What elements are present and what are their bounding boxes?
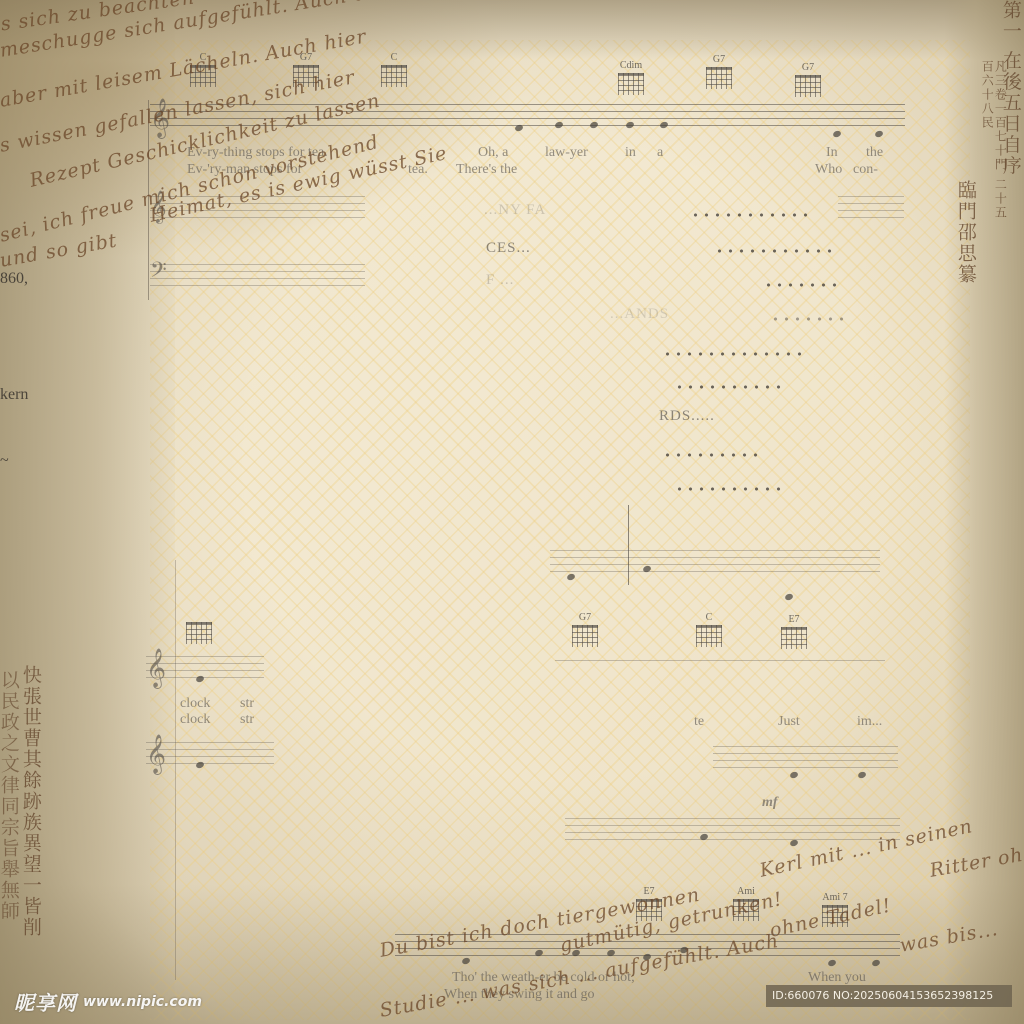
index-entry: ...NY FA [484,202,546,219]
index-entry: F ... [486,272,514,289]
lyric-text: str [240,696,254,712]
chinese-vertical-text: 快張世曹其餘跡族異望一皆削 [20,665,41,938]
lyric-text: clock [180,696,210,712]
music-staff [150,264,365,292]
edge-print-text: kern [0,386,28,404]
page-margin-line [175,560,176,980]
lyric-text: a [657,145,663,161]
index-entry: RDS..... [659,408,715,425]
lyric-text: When you [808,970,866,986]
bass-clef-icon: 𝄢 [150,258,167,289]
lyric-text: in [625,145,636,161]
dot-leader [662,352,802,356]
edge-print-text: ~ [0,452,9,470]
chord-diagram [186,620,212,644]
site-name: 昵享网 [14,987,77,1016]
lyric-text: Just [778,714,800,730]
music-staff [838,196,904,224]
lyric-text: str [240,712,254,728]
dot-leader [690,213,810,217]
image-id-label: ID:660076 NO:20250604153652398125 [766,985,1012,1007]
chord-diagram: E7 [781,614,807,649]
dot-leader [770,317,850,321]
site-watermark: 昵享网 www.nipic.com [14,987,202,1016]
dot-leader [714,249,834,253]
index-entry: CES... [486,240,531,257]
lyric-text: There's the [456,162,517,178]
music-staff [550,550,880,578]
music-staff [713,746,898,774]
chord-diagram: Cdim [618,60,644,95]
lyric-text: law-yer [545,145,588,161]
music-staff [555,660,885,664]
collage-canvas: C G7 C Cdim G7 G7 𝄞 Ev-ry-thing stops fo… [0,0,1024,1024]
treble-clef-icon: 𝄞 [146,648,166,688]
lyric-text: clock [180,712,210,728]
lyric-text: Oh, a [478,145,508,161]
lyric-text: In [826,145,838,161]
site-url: www.nipic.com [83,994,202,1010]
lyric-text: te [694,714,704,730]
treble-clef-icon: 𝄞 [146,734,166,774]
lyric-text: con- [853,162,878,178]
chord-diagram: C [696,612,722,647]
dot-leader [674,385,784,389]
dynamic-marking: mf [762,795,778,811]
chord-diagram: G7 [572,612,598,647]
dot-leader [763,283,843,287]
dot-leader [662,453,762,457]
lyric-text: im... [857,714,882,730]
lyric-text: the [866,145,883,161]
chinese-vertical-text: 以民政之文律同宗旨舉無師 [0,670,19,922]
chord-diagram: C [381,52,407,87]
chord-diagram: G7 [795,62,821,97]
chord-diagram: G7 [706,54,732,89]
chinese-vertical-author: 臨門邵思纂 [955,180,976,285]
chinese-vertical-note: 凡三卷一百七十門 二十五百六十八民 [980,60,1006,220]
index-entry: ...ANDS [610,306,669,323]
dot-leader [674,487,784,491]
lyric-text: Who [815,162,842,178]
edge-print-text: 860, [0,270,28,288]
